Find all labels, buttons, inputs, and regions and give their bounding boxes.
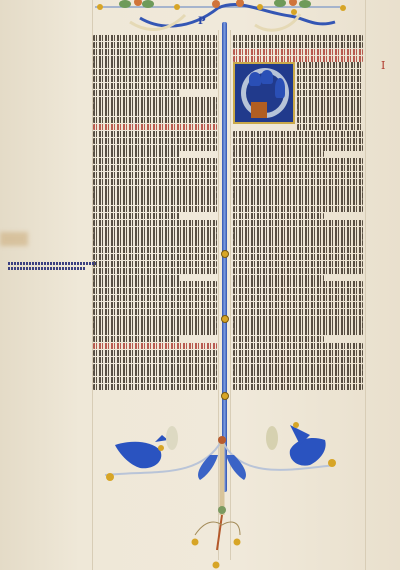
script-line xyxy=(233,316,363,322)
script-line xyxy=(93,240,217,246)
script-line xyxy=(93,220,217,226)
script-line xyxy=(233,343,363,349)
script-line xyxy=(93,261,217,267)
script-line xyxy=(233,233,363,239)
script-line xyxy=(93,35,217,41)
script-line xyxy=(93,302,217,308)
script-line xyxy=(233,329,363,335)
script-line xyxy=(233,370,363,376)
script-line xyxy=(233,268,363,274)
script-line xyxy=(233,49,363,55)
script-line xyxy=(93,206,217,212)
script-line xyxy=(233,227,363,233)
script-line xyxy=(93,110,217,116)
script-line xyxy=(93,42,217,48)
script-line xyxy=(233,302,363,308)
script-line xyxy=(93,316,217,322)
script-line xyxy=(93,329,217,335)
figure-robe xyxy=(251,102,267,118)
script-line xyxy=(233,220,363,226)
script-line xyxy=(233,199,363,205)
script-line xyxy=(93,309,217,315)
script-line xyxy=(93,83,217,89)
script-line xyxy=(93,179,217,185)
script-line xyxy=(93,357,217,363)
script-line xyxy=(93,158,217,164)
script-line xyxy=(93,384,217,390)
text-column-left xyxy=(93,35,217,391)
script-line xyxy=(93,247,217,253)
script-line xyxy=(233,192,363,198)
script-line xyxy=(297,83,363,89)
script-line xyxy=(233,151,324,157)
script-line xyxy=(93,62,217,68)
script-line xyxy=(93,56,217,62)
script-line xyxy=(233,131,363,137)
script-line xyxy=(93,117,217,123)
script-line xyxy=(93,288,217,294)
script-line xyxy=(233,384,363,390)
script-line xyxy=(233,56,363,62)
script-line xyxy=(93,350,217,356)
manuscript-page: P I xyxy=(0,0,400,570)
script-line xyxy=(233,179,363,185)
script-line xyxy=(93,192,217,198)
script-line xyxy=(93,76,217,82)
script-line xyxy=(233,295,363,301)
script-line xyxy=(233,357,363,363)
script-line xyxy=(93,138,217,144)
script-line xyxy=(93,364,217,370)
script-line xyxy=(233,145,363,151)
parchment-stain xyxy=(0,232,28,246)
note-line xyxy=(8,267,86,270)
script-line xyxy=(233,275,324,281)
script-line xyxy=(93,172,217,178)
script-line xyxy=(233,206,363,212)
script-line xyxy=(297,117,363,123)
script-line xyxy=(233,247,363,253)
script-line xyxy=(93,295,217,301)
script-line xyxy=(93,124,217,130)
script-line xyxy=(93,97,217,103)
script-line xyxy=(93,281,217,287)
script-line xyxy=(233,309,363,315)
ruling-line xyxy=(365,0,366,570)
script-line xyxy=(233,172,363,178)
script-line xyxy=(233,254,363,260)
note-line xyxy=(8,262,96,265)
script-line xyxy=(233,42,363,48)
top-foliate-border-icon: P xyxy=(90,0,350,35)
script-line xyxy=(93,199,217,205)
script-line xyxy=(93,165,217,171)
figure-icon xyxy=(275,78,285,98)
script-line xyxy=(93,151,180,157)
script-line xyxy=(233,364,363,370)
script-line xyxy=(297,69,363,75)
script-line xyxy=(233,35,363,41)
script-line xyxy=(233,350,363,356)
gold-bezant xyxy=(221,250,229,258)
script-line xyxy=(297,90,363,96)
svg-text:P: P xyxy=(198,16,206,27)
script-line xyxy=(233,213,324,219)
script-line xyxy=(297,97,363,103)
script-line xyxy=(233,261,363,267)
script-line xyxy=(233,165,363,171)
script-line xyxy=(297,110,363,116)
script-line xyxy=(233,322,363,328)
historiated-initial xyxy=(233,62,295,124)
script-line xyxy=(93,90,180,96)
figure-icon xyxy=(261,70,273,84)
script-line xyxy=(297,62,363,68)
script-line xyxy=(233,158,363,164)
marginal-note xyxy=(8,262,98,272)
script-line xyxy=(233,186,363,192)
script-line xyxy=(93,268,217,274)
script-line xyxy=(297,124,363,130)
script-line xyxy=(233,281,363,287)
bottom-birds-decoration-icon xyxy=(100,420,340,570)
script-line xyxy=(233,138,363,144)
script-line xyxy=(93,69,217,75)
script-line xyxy=(93,254,217,260)
script-line xyxy=(93,343,217,349)
script-line xyxy=(233,240,363,246)
script-line xyxy=(93,145,217,151)
script-line xyxy=(93,227,217,233)
chapter-number: I xyxy=(381,59,385,72)
script-line xyxy=(93,370,217,376)
script-line xyxy=(297,76,363,82)
script-line xyxy=(93,322,217,328)
script-line xyxy=(93,213,180,219)
figure-icon xyxy=(249,72,261,86)
script-line xyxy=(297,103,363,109)
gold-bezant xyxy=(221,392,229,400)
script-line xyxy=(93,336,180,342)
script-line xyxy=(93,49,217,55)
script-line xyxy=(93,233,217,239)
script-line xyxy=(93,103,217,109)
script-line xyxy=(93,131,217,137)
script-line xyxy=(233,288,363,294)
script-line xyxy=(93,186,217,192)
script-line xyxy=(93,275,180,281)
script-line xyxy=(93,377,217,383)
gold-bezant xyxy=(221,315,229,323)
script-line xyxy=(233,377,363,383)
script-line xyxy=(233,336,324,342)
